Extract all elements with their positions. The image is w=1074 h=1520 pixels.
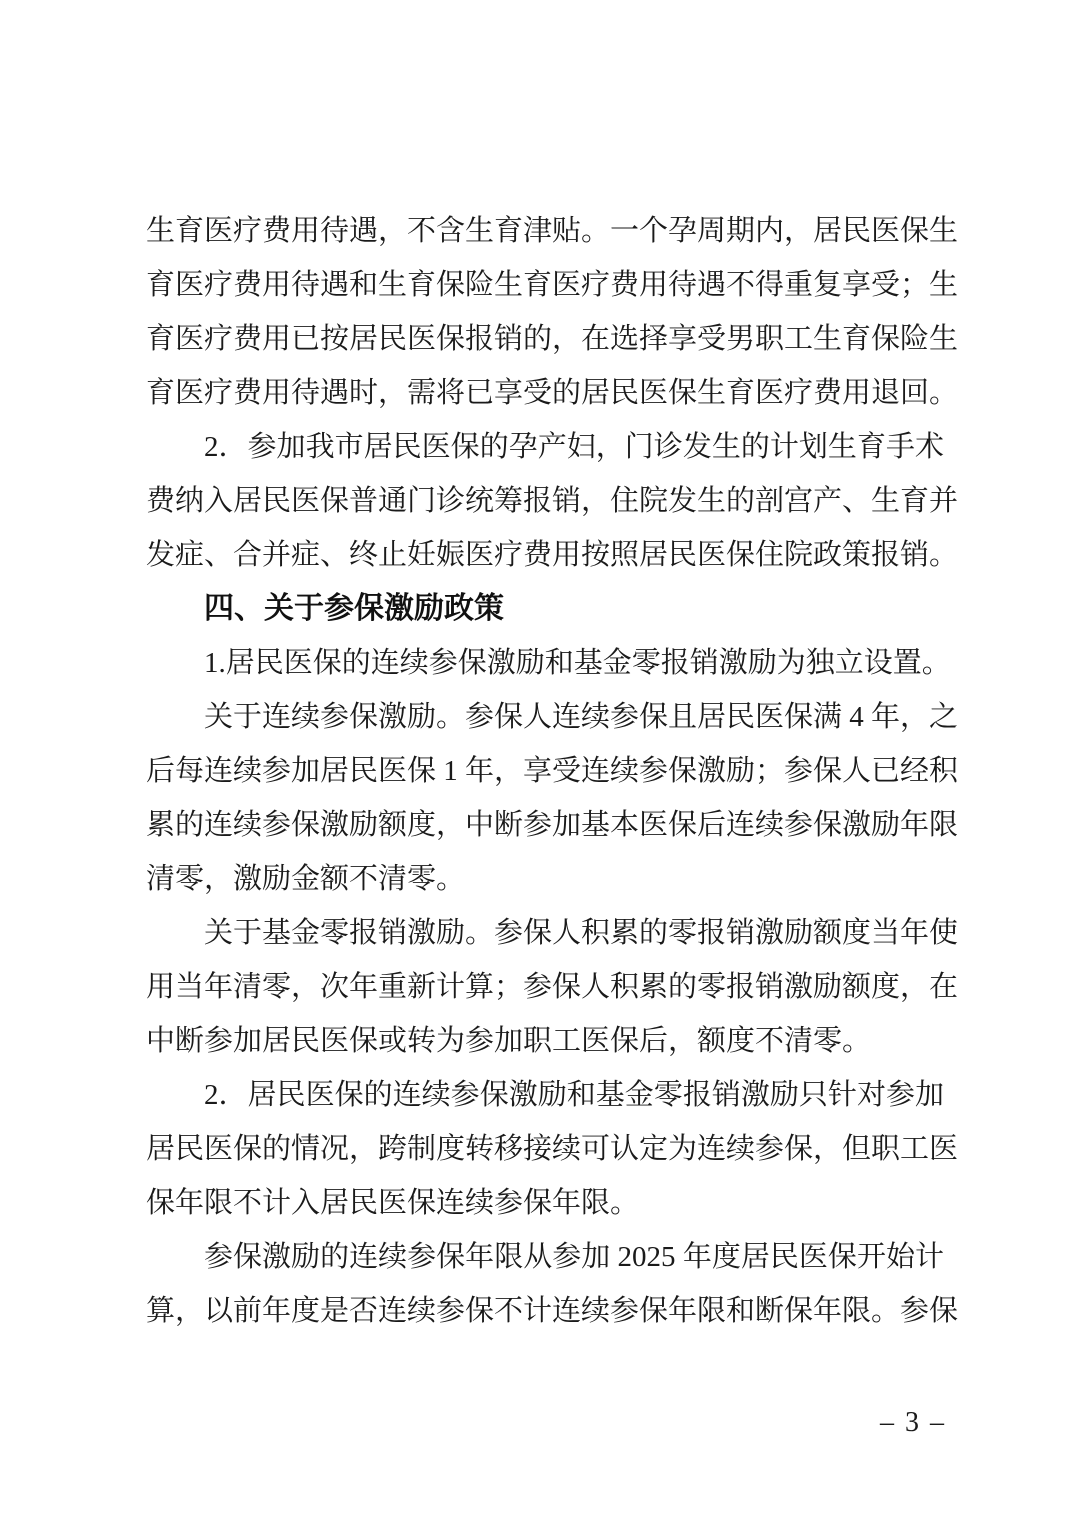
- text-line: 育医疗费用已按居民医保报销的，在选择享受男职工生育保险生: [146, 312, 944, 366]
- text-line: 关于连续参保激励。参保人连续参保且居民医保满 4 年，之: [146, 690, 944, 744]
- text-line: 2．参加我市居民医保的孕产妇，门诊发生的计划生育手术: [146, 420, 944, 474]
- text-line: 居民医保的情况，跨制度转移接续可认定为连续参保，但职工医: [146, 1122, 944, 1176]
- text-line: 保年限不计入居民医保连续参保年限。: [146, 1176, 944, 1230]
- text-line: 算，以前年度是否连续参保不计连续参保年限和断保年限。参保: [146, 1284, 944, 1338]
- page-number: – 3 –: [880, 1406, 946, 1440]
- text-line: 2．居民医保的连续参保激励和基金零报销激励只针对参加: [146, 1068, 944, 1122]
- document-body: 生育医疗费用待遇，不含生育津贴。一个孕周期内，居民医保生育医疗费用待遇和生育保险…: [146, 204, 944, 1338]
- section-heading: 四、关于参保激励政策: [146, 582, 944, 636]
- text-line: 关于基金零报销激励。参保人积累的零报销激励额度当年使: [146, 906, 944, 960]
- text-line: 1.居民医保的连续参保激励和基金零报销激励为独立设置。: [146, 636, 944, 690]
- document-page: 生育医疗费用待遇，不含生育津贴。一个孕周期内，居民医保生育医疗费用待遇和生育保险…: [0, 0, 1074, 1520]
- text-line: 生育医疗费用待遇，不含生育津贴。一个孕周期内，居民医保生: [146, 204, 944, 258]
- text-line: 中断参加居民医保或转为参加职工医保后，额度不清零。: [146, 1014, 944, 1068]
- text-line: 费纳入居民医保普通门诊统筹报销，住院发生的剖宫产、生育并: [146, 474, 944, 528]
- text-line: 发症、合并症、终止妊娠医疗费用按照居民医保住院政策报销。: [146, 528, 944, 582]
- text-line: 用当年清零，次年重新计算；参保人积累的零报销激励额度，在: [146, 960, 944, 1014]
- text-line: 育医疗费用待遇和生育保险生育医疗费用待遇不得重复享受；生: [146, 258, 944, 312]
- text-line: 清零，激励金额不清零。: [146, 852, 944, 906]
- text-line: 累的连续参保激励额度，中断参加基本医保后连续参保激励年限: [146, 798, 944, 852]
- text-line: 参保激励的连续参保年限从参加 2025 年度居民医保开始计: [146, 1230, 944, 1284]
- text-line: 育医疗费用待遇时，需将已享受的居民医保生育医疗费用退回。: [146, 366, 944, 420]
- text-line: 后每连续参加居民医保 1 年，享受连续参保激励；参保人已经积: [146, 744, 944, 798]
